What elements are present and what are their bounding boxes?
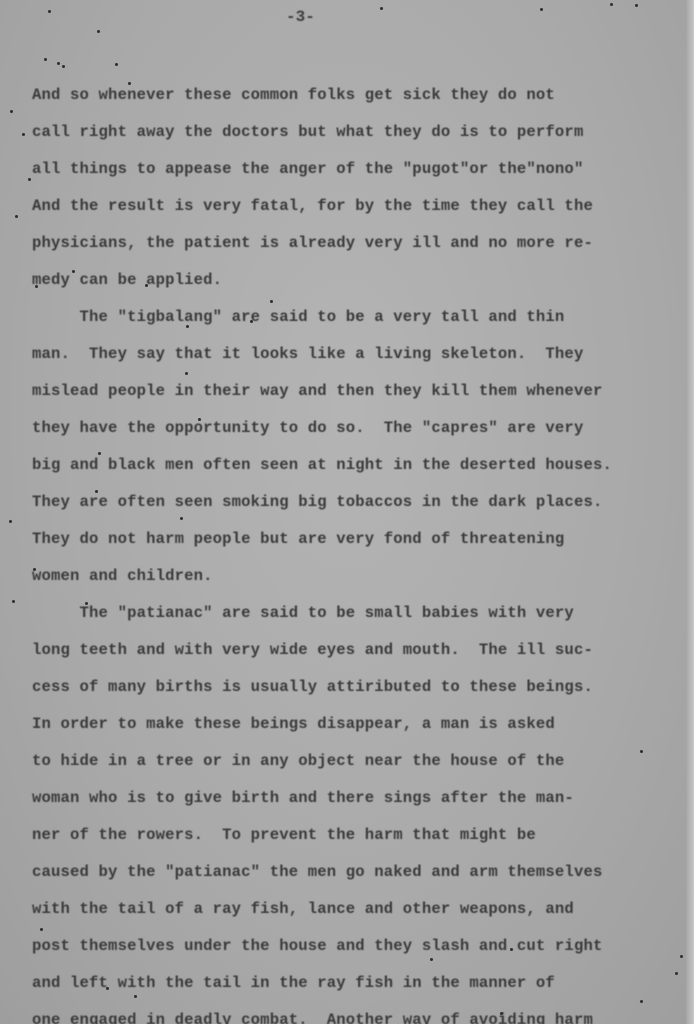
dust-speck xyxy=(40,928,43,931)
dust-speck xyxy=(98,452,101,455)
dust-speck xyxy=(57,62,60,65)
dust-speck xyxy=(510,948,513,951)
dust-speck xyxy=(180,517,183,520)
dust-speck xyxy=(540,8,543,11)
dust-speck xyxy=(134,995,137,998)
dust-speck xyxy=(115,63,118,66)
text-line: caused by the "patianac" the men go nake… xyxy=(32,863,602,881)
dust-speck xyxy=(22,133,25,136)
text-line: ner of the rowers. To prevent the harm t… xyxy=(32,826,536,844)
dust-speck xyxy=(95,490,98,493)
page-edge xyxy=(686,0,694,1024)
dust-speck xyxy=(610,3,613,6)
dust-speck xyxy=(430,958,433,961)
text-line: women and children. xyxy=(32,567,213,585)
dust-speck xyxy=(48,10,51,13)
text-line: They do not harm people but are very fon… xyxy=(32,530,564,548)
dust-speck xyxy=(680,955,683,958)
text-line: long teeth and with very wide eyes and m… xyxy=(32,641,593,659)
text-line: mislead people in their way and then the… xyxy=(32,382,602,400)
text-line: woman who is to give birth and there sin… xyxy=(32,789,574,807)
text-line: cess of many births is usually attiribut… xyxy=(32,678,593,696)
dust-speck xyxy=(9,520,12,523)
dust-speck xyxy=(72,270,75,273)
text-line: post themselves under the house and they… xyxy=(32,937,602,955)
text-line: and left with the tail in the ray fish i… xyxy=(32,974,555,992)
text-line: They are often seen smoking big tobaccos… xyxy=(32,493,602,511)
text-line: physicians, the patient is already very … xyxy=(32,234,593,252)
text-line: one engaged in deadly combat. Another wa… xyxy=(32,1011,593,1024)
dust-speck xyxy=(10,110,13,113)
text-line: big and black men often seen at night in… xyxy=(32,456,612,474)
text-line: And so whenever these common folks get s… xyxy=(32,86,555,104)
page-number: -3- xyxy=(286,8,315,26)
text-line: medy can be applied. xyxy=(32,271,222,289)
text-line: The "patianac" are said to be small babi… xyxy=(32,604,574,622)
text-line: they have the opportunity to do so. The … xyxy=(32,419,583,437)
text-line: to hide in a tree or in any object near … xyxy=(32,752,564,770)
dust-speck xyxy=(250,320,253,323)
dust-speck xyxy=(106,987,109,990)
dust-speck xyxy=(198,418,201,421)
dust-speck xyxy=(35,285,38,288)
text-line: man. They say that it looks like a livin… xyxy=(32,345,583,363)
text-line: call right away the doctors but what the… xyxy=(32,123,583,141)
dust-speck xyxy=(380,7,383,10)
document-page: -3- And so whenever these common folks g… xyxy=(0,0,694,1024)
dust-speck xyxy=(128,82,131,85)
dust-speck xyxy=(640,1000,643,1003)
dust-speck xyxy=(640,750,643,753)
dust-speck xyxy=(635,4,638,7)
text-line: with the tail of a ray fish, lance and o… xyxy=(32,900,574,918)
dust-speck xyxy=(85,602,88,605)
dust-speck xyxy=(186,325,189,328)
dust-speck xyxy=(28,178,31,181)
dust-speck xyxy=(44,58,47,61)
text-line: And the result is very fatal, for by the… xyxy=(32,197,593,215)
dust-speck xyxy=(145,284,148,287)
dust-speck xyxy=(675,972,678,975)
dust-speck xyxy=(62,65,65,68)
text-line: In order to make these beings disappear,… xyxy=(32,715,555,733)
dust-speck xyxy=(15,215,18,218)
dust-speck xyxy=(500,1012,503,1015)
text-line: The "tigbalang" are said to be a very ta… xyxy=(32,308,564,326)
dust-speck xyxy=(12,600,15,603)
dust-speck xyxy=(185,372,188,375)
text-line: all things to appease the anger of the "… xyxy=(32,160,583,178)
dust-speck xyxy=(270,300,273,303)
dust-speck xyxy=(33,568,36,571)
dust-speck xyxy=(97,30,100,33)
